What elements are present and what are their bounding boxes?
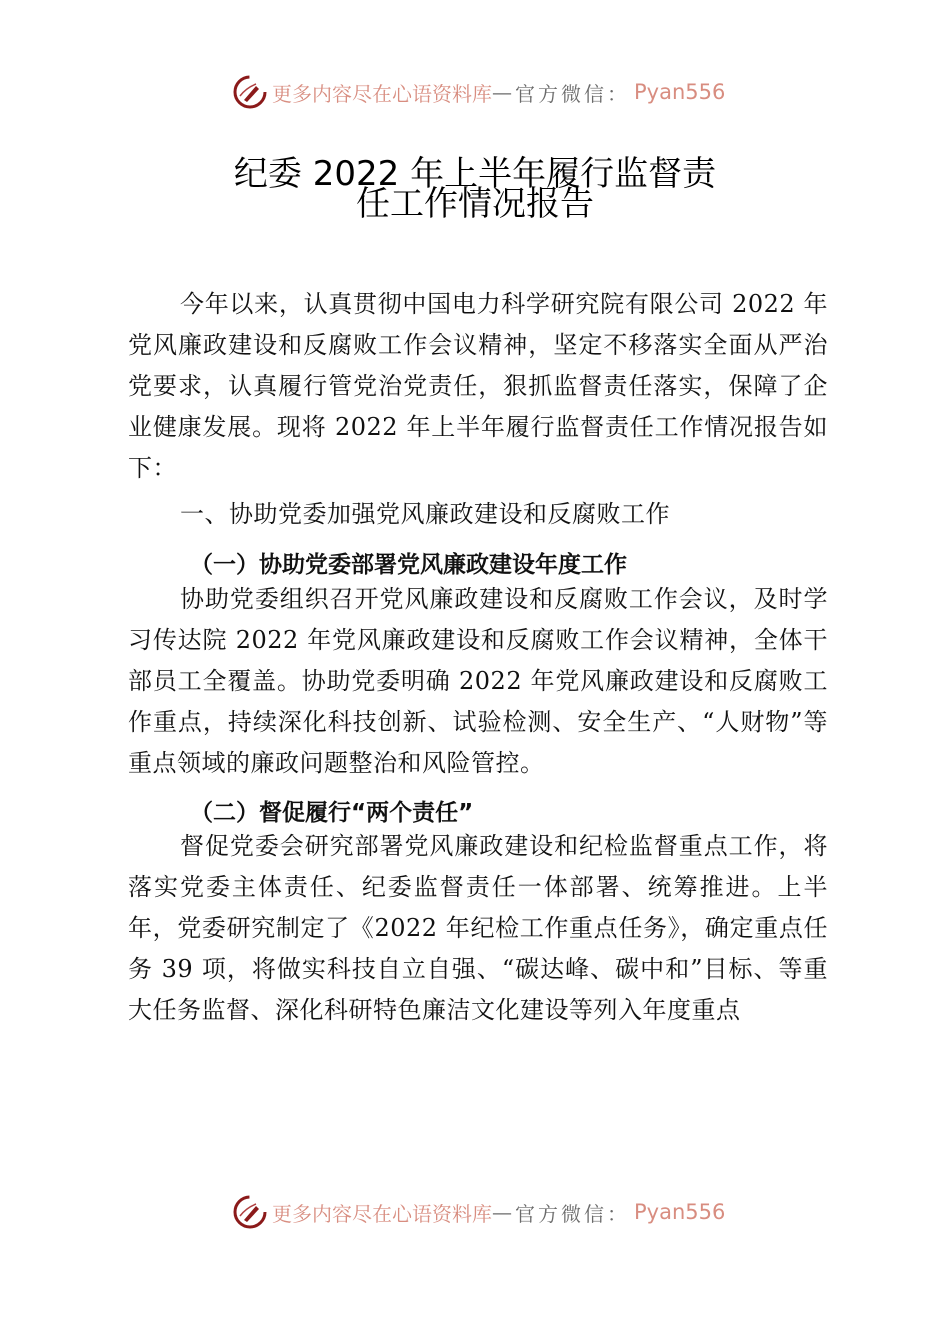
watermark-wechat-label: 官方微信： (515, 78, 630, 107)
watermark-dash: — (492, 80, 515, 104)
subsection1-paragraph: 协助党委组织召开党风廉政建设和反腐败工作会议，及时学习传达院 2022 年党风廉… (128, 579, 828, 784)
subsection2-body: 督促党委会研究部署党风廉政建设和纪检监督重点工作，将落实党委主体责任、纪委监督责… (128, 826, 828, 1031)
subsection1-body: 协助党委组织召开党风廉政建设和反腐败工作会议，及时学习传达院 2022 年党风廉… (128, 579, 828, 784)
subsection2-paragraph: 督促党委会研究部署党风廉政建设和纪检监督重点工作，将落实党委主体责任、纪委监督责… (128, 826, 828, 1031)
watermark-site-text: 更多内容尽在心语资料库 (272, 1198, 492, 1227)
document-title-line2: 任工作情况报告 (0, 187, 950, 221)
subsection2-heading: （二）督促履行“两个责任” (190, 794, 473, 827)
footer-watermark: 更多内容尽在心语资料库 — 官方微信： Pyan556 (232, 1192, 725, 1232)
watermark-site-text: 更多内容尽在心语资料库 (272, 78, 492, 107)
intro-paragraph: 今年以来，认真贯彻中国电力科学研究院有限公司 2022 年党风廉政建设和反腐败工… (128, 284, 828, 489)
section1-heading: 一、协助党委加强党风廉政建设和反腐败工作 (180, 494, 670, 529)
watermark-wechat-id: Pyan556 (634, 1200, 725, 1224)
quill-pen-logo-icon (232, 74, 268, 110)
watermark-wechat-label: 官方微信： (515, 1198, 630, 1227)
watermark-wechat-id: Pyan556 (634, 80, 725, 104)
intro-section: 今年以来，认真贯彻中国电力科学研究院有限公司 2022 年党风廉政建设和反腐败工… (128, 284, 828, 489)
subsection1-heading: （一）协助党委部署党风廉政建设年度工作 (190, 546, 627, 579)
quill-pen-logo-icon (232, 1194, 268, 1230)
watermark-dash: — (492, 1200, 515, 1224)
header-watermark: 更多内容尽在心语资料库 — 官方微信： Pyan556 (232, 72, 725, 112)
